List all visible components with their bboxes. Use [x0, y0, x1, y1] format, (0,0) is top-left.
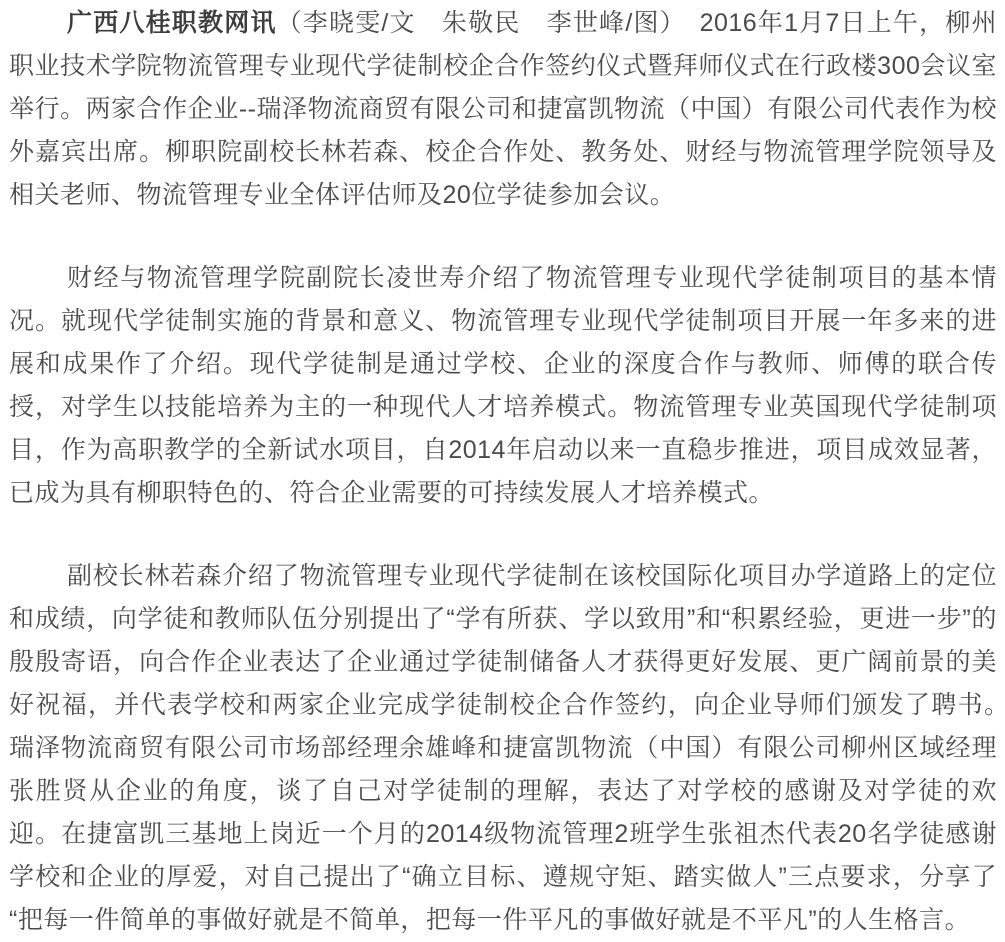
- news-article: 广西八桂职教网讯（李晓雯/文 朱敬民 李世峰/图） 2016年1月7日上午，柳州…: [0, 0, 1005, 942]
- paragraph-text: 财经与物流管理学院副院长凌世寿介绍了物流管理专业现代学徒制项目的基本情况。就现代…: [9, 264, 997, 507]
- article-source-label: 广西八桂职教网讯: [67, 9, 277, 37]
- paragraph-text: 副校长林若森介绍了物流管理专业现代学徒制在该校国际化项目办学道路上的定位和成绩，…: [9, 562, 1005, 934]
- article-paragraph-1: 广西八桂职教网讯（李晓雯/文 朱敬民 李世峰/图） 2016年1月7日上午，柳州…: [9, 2, 997, 217]
- paragraph-text: （李晓雯/文 朱敬民 李世峰/图） 2016年1月7日上午，柳州职业技术学院物流…: [9, 9, 997, 209]
- article-paragraph-3: 副校长林若森介绍了物流管理专业现代学徒制在该校国际化项目办学道路上的定位和成绩，…: [9, 555, 997, 942]
- article-paragraph-2: 财经与物流管理学院副院长凌世寿介绍了物流管理专业现代学徒制项目的基本情况。就现代…: [9, 257, 997, 515]
